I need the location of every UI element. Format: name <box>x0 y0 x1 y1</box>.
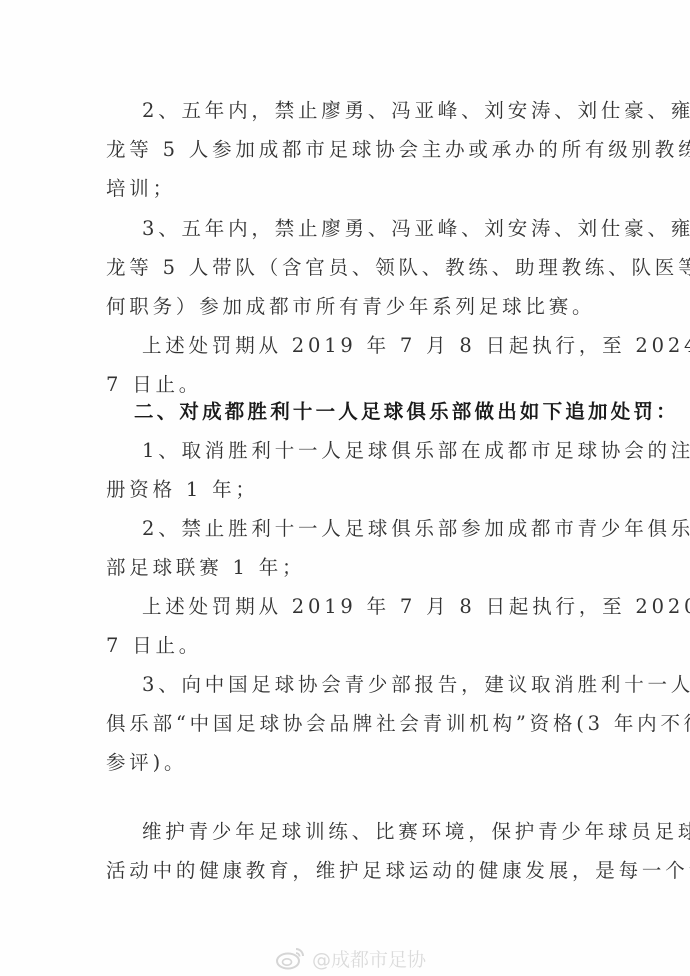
section-2-heading: 二、对成都胜利十一人足球俱乐部做出如下追加处罚： <box>134 400 588 424</box>
club-item-1-line-1: 1、取消胜利十一人足球俱乐部在成都市足球协会的注 <box>142 439 596 463</box>
club-item-2-line-1: 2、禁止胜利十一人足球俱乐部参加成都市青少年俱乐 <box>142 517 596 541</box>
period-2-line-2: 7 日止。 <box>106 634 596 658</box>
watermark-text: @成都市足协 <box>312 945 426 972</box>
club-item-3-line-2: 俱乐部“中国足球协会品牌社会青训机构”资格(3 年内不得 <box>106 712 596 736</box>
club-item-3-line-3: 参评)。 <box>106 751 596 775</box>
weibo-icon <box>276 946 306 970</box>
item-3-line-3: 何职务）参加成都市所有青少年系列足球比赛。 <box>106 295 596 319</box>
period-2-line-1: 上述处罚期从 2019 年 7 月 8 日起执行，至 2020 年 7 月 <box>142 595 596 619</box>
item-2-line-2: 龙等 5 人参加成都市足球协会主办或承办的所有级别教练员 <box>106 138 596 162</box>
closing-line-2: 活动中的健康教育，维护足球运动的健康发展，是每一个青 <box>106 859 596 883</box>
item-3-line-2: 龙等 5 人带队（含官员、领队、教练、助理教练、队医等任 <box>106 256 596 280</box>
club-item-2-line-2: 部足球联赛 1 年； <box>106 556 596 580</box>
weibo-watermark: @成都市足协 <box>276 944 426 972</box>
period-1-line-1: 上述处罚期从 2019 年 7 月 8 日起执行，至 2024 年 7 月 <box>142 334 596 358</box>
item-2-line-1: 2、五年内，禁止廖勇、冯亚峰、刘安涛、刘仕豪、雍家 <box>142 99 596 123</box>
item-2-line-3: 培训； <box>106 177 596 201</box>
closing-line-1: 维护青少年足球训练、比赛环境，保护青少年球员足球 <box>142 820 596 844</box>
club-item-3-line-1: 3、向中国足球协会青少部报告，建议取消胜利十一人 <box>142 673 596 697</box>
period-1-line-2: 7 日止。 <box>106 373 596 397</box>
item-3-line-1: 3、五年内，禁止廖勇、冯亚峰、刘安涛、刘仕豪、雍家 <box>142 217 596 241</box>
club-item-1-line-2: 册资格 1 年； <box>106 478 596 502</box>
document-page: 2、五年内，禁止廖勇、冯亚峰、刘安涛、刘仕豪、雍家 龙等 5 人参加成都市足球协… <box>0 0 690 976</box>
